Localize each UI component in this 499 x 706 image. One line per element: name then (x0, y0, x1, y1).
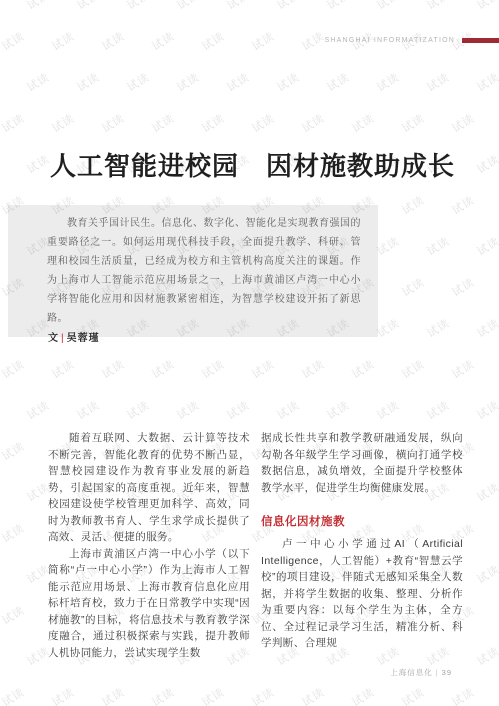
watermark-text: 试读 (0, 28, 27, 54)
watermark-text: 试读 (224, 0, 253, 13)
watermark-text: 试读 (224, 69, 253, 95)
footer-page-number: 39 (442, 668, 452, 677)
watermark-text: 试读 (274, 0, 303, 13)
watermark-text: 试读 (424, 397, 453, 423)
article-title: 人工智能进校园 因材施教助成长 (50, 146, 455, 183)
watermark-text: 试读 (224, 397, 253, 423)
footer-separator: | (436, 668, 439, 677)
watermark-text: 试读 (149, 110, 178, 136)
watermark-text: 试读 (74, 69, 103, 95)
watermark-text: 试读 (349, 356, 378, 382)
body-paragraph: 随着互联网、大数据、云计算等技术不断完善，智能化教育的优势不断凸显，智慧校园建设… (48, 430, 250, 546)
watermark-text: 试读 (0, 602, 27, 628)
watermark-text: 试读 (424, 315, 453, 341)
watermark-text: 试读 (474, 561, 499, 587)
watermark-text: 试读 (424, 0, 453, 13)
watermark-text: 试读 (99, 356, 128, 382)
byline: 文|吴蓉瑾 (48, 329, 100, 344)
watermark-text: 试读 (274, 69, 303, 95)
watermark-text: 试读 (299, 684, 328, 706)
journal-name-en: SHANGHAI INFORMATIZATION (325, 37, 455, 44)
watermark-text: 试读 (424, 233, 453, 259)
watermark-text: 试读 (324, 0, 353, 13)
watermark-text: 试读 (99, 28, 128, 54)
watermark-text: 试读 (349, 684, 378, 706)
watermark-text: 试读 (299, 28, 328, 54)
right-column: 据成长性共享和教学教研融通发展，纵向勾勒各年级学生学习画像，横向打通学校数据信息… (261, 430, 463, 661)
watermark-text: 试读 (299, 356, 328, 382)
watermark-text: 试读 (99, 110, 128, 136)
watermark-text: 试读 (399, 356, 428, 382)
watermark-text: 试读 (474, 397, 499, 423)
watermark-text: 试读 (474, 315, 499, 341)
watermark-text: 试读 (449, 192, 478, 218)
watermark-text: 试读 (0, 110, 27, 136)
watermark-text: 试读 (424, 69, 453, 95)
watermark-text: 试读 (124, 69, 153, 95)
left-column: 随着互联网、大数据、云计算等技术不断完善，智能化教育的优势不断凸显，智慧校园建设… (48, 430, 250, 661)
watermark-text: 试读 (74, 0, 103, 13)
watermark-text: 试读 (399, 274, 428, 300)
watermark-text: 试读 (174, 0, 203, 13)
watermark-text: 试读 (124, 397, 153, 423)
abstract-text: 教育关乎国计民生。信息化、数字化、智能化是实现教育强国的重要路径之一。如何运用现… (47, 214, 361, 328)
watermark-text: 试读 (249, 356, 278, 382)
watermark-text: 试读 (99, 684, 128, 706)
watermark-text: 试读 (174, 69, 203, 95)
section-heading: 信息化因材施教 (261, 513, 463, 529)
watermark-text: 试读 (49, 110, 78, 136)
byline-prefix: 文 (48, 333, 59, 344)
watermark-text: 试读 (0, 438, 27, 464)
watermark-text: 试读 (174, 397, 203, 423)
watermark-text: 试读 (124, 0, 153, 13)
watermark-text: 试读 (24, 0, 53, 13)
page-header: SHANGHAI INFORMATIZATION (325, 37, 499, 44)
watermark-text: 试读 (249, 28, 278, 54)
watermark-text: 试读 (49, 28, 78, 54)
watermark-text: 试读 (49, 684, 78, 706)
watermark-text: 试读 (0, 520, 27, 546)
abstract-box: 教育关乎国计民生。信息化、数字化、智能化是实现教育强国的重要路径之一。如何运用现… (8, 205, 378, 337)
header-accent-bar (462, 38, 499, 43)
watermark-text: 试读 (449, 274, 478, 300)
watermark-text: 试读 (474, 69, 499, 95)
body-paragraph: 卢一中心小学通过AI（Artificial Intelligence，人工智能）… (261, 536, 463, 652)
article-body: 随着互联网、大数据、云计算等技术不断完善，智能化教育的优势不断凸显，智慧校园建设… (48, 430, 463, 661)
magazine-page: 试读试读试读试读试读试读试读试读试读试读试读试读试读试读试读试读试读试读试读试读… (0, 0, 499, 706)
watermark-text: 试读 (24, 397, 53, 423)
watermark-text: 试读 (449, 110, 478, 136)
watermark-text: 试读 (399, 684, 428, 706)
watermark-text: 试读 (149, 684, 178, 706)
watermark-text: 试读 (199, 684, 228, 706)
watermark-text: 试读 (474, 0, 499, 13)
watermark-text: 试读 (349, 110, 378, 136)
watermark-text: 试读 (149, 356, 178, 382)
watermark-text: 试读 (249, 110, 278, 136)
footer-journal-name: 上海信息化 (390, 668, 433, 677)
byline-separator: | (61, 333, 65, 344)
byline-author: 吴蓉瑾 (67, 333, 100, 344)
watermark-text: 试读 (149, 28, 178, 54)
body-paragraph: 据成长性共享和教学教研融通发展，纵向勾勒各年级学生学习画像，横向打通学校数据信息… (261, 430, 463, 496)
watermark-text: 试读 (474, 479, 499, 505)
watermark-text: 试读 (0, 356, 27, 382)
watermark-text: 试读 (399, 110, 428, 136)
watermark-text: 试读 (199, 356, 228, 382)
watermark-text: 试读 (199, 28, 228, 54)
watermark-text: 试读 (324, 69, 353, 95)
watermark-text: 试读 (474, 643, 499, 669)
watermark-text: 试读 (449, 356, 478, 382)
watermark-text: 试读 (24, 69, 53, 95)
body-paragraph: 上海市黄浦区卢湾一中心小学（以下简称“卢一中心小学”）作为上海市人工智能示范应用… (48, 546, 250, 662)
watermark-text: 试读 (299, 110, 328, 136)
watermark-text: 试读 (199, 110, 228, 136)
watermark-text: 试读 (324, 397, 353, 423)
watermark-text: 试读 (474, 151, 499, 177)
watermark-text: 试读 (374, 69, 403, 95)
watermark-text: 试读 (374, 0, 403, 13)
watermark-text: 试读 (399, 192, 428, 218)
watermark-text: 试读 (24, 151, 53, 177)
watermark-text: 试读 (374, 397, 403, 423)
watermark-text: 试读 (449, 684, 478, 706)
watermark-text: 试读 (474, 233, 499, 259)
watermark-text: 试读 (74, 397, 103, 423)
watermark-text: 试读 (249, 684, 278, 706)
watermark-text: 试读 (274, 397, 303, 423)
watermark-text: 试读 (0, 684, 27, 706)
page-footer: 上海信息化|39 (390, 667, 452, 678)
watermark-text: 试读 (49, 356, 78, 382)
